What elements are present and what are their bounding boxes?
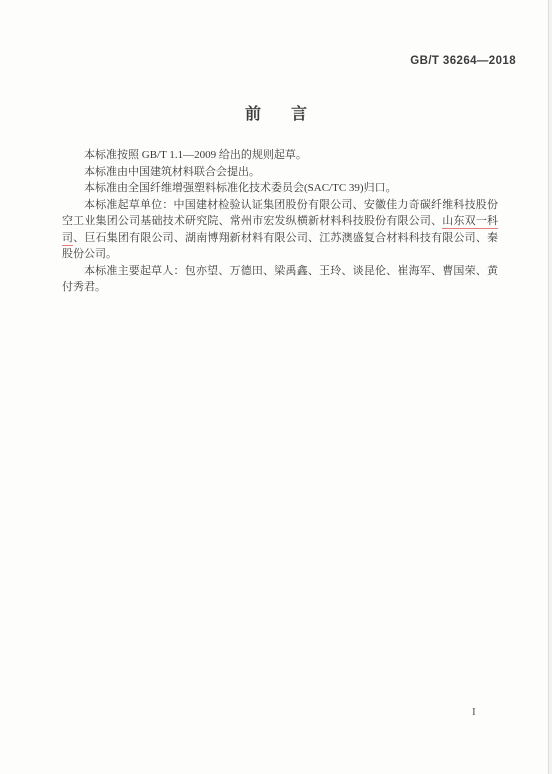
foreword-line-3: 本标准由全国纤维增强塑料标准化技术委员会(SAC/TC 39)归口。	[62, 180, 498, 197]
document-page: GB/T 36264—2018 前 言 本标准按照 GB/T 1.1—2009 …	[0, 0, 552, 774]
foreword-title-char2: 言	[291, 101, 307, 124]
foreword-line-8: 本标准主要起草人：包亦望、万德田、梁禹鑫、王玲、谈昆伦、崔海军、曹国荣、黄小忠、…	[62, 263, 498, 280]
foreword-title-char1: 前	[245, 101, 261, 124]
foreword-line-5-text: 空工业集团公司基础技术研究院、常州市宏发纵横新材料科技股份有限公司、	[62, 215, 442, 227]
foreword-line-6: 司、巨石集团有限公司、湖南博翔新材料有限公司、江苏澳盛复合材料科技有限公司、秦皇…	[62, 230, 498, 247]
foreword-title: 前 言	[0, 101, 552, 124]
foreword-line-4: 本标准起草单位：中国建材检验认证集团股份有限公司、安徽佳力奇碳纤维科技股份有限公…	[62, 197, 498, 214]
foreword-line-7: 股份公司。	[62, 246, 498, 263]
foreword-line-6-text: 、巨石集团有限公司、湖南博翔新材料有限公司、江苏澳盛复合材料科技有限公司、秦皇岛…	[62, 232, 498, 247]
standard-number: GB/T 36264—2018	[410, 55, 516, 67]
foreword-line-5: 空工业集团公司基础技术研究院、常州市宏发纵横新材料科技股份有限公司、山东双一科技…	[62, 213, 498, 230]
foreword-body: 本标准按照 GB/T 1.1—2009 给出的规则起草。 本标准由中国建筑材料联…	[62, 147, 498, 296]
page-number: I	[472, 706, 476, 718]
red-underlined-company-name-part2: 司	[62, 232, 73, 246]
foreword-line-1: 本标准按照 GB/T 1.1—2009 给出的规则起草。	[62, 147, 498, 164]
foreword-line-9: 付秀君。	[62, 279, 498, 296]
foreword-line-2: 本标准由中国建筑材料联合会提出。	[62, 164, 498, 181]
